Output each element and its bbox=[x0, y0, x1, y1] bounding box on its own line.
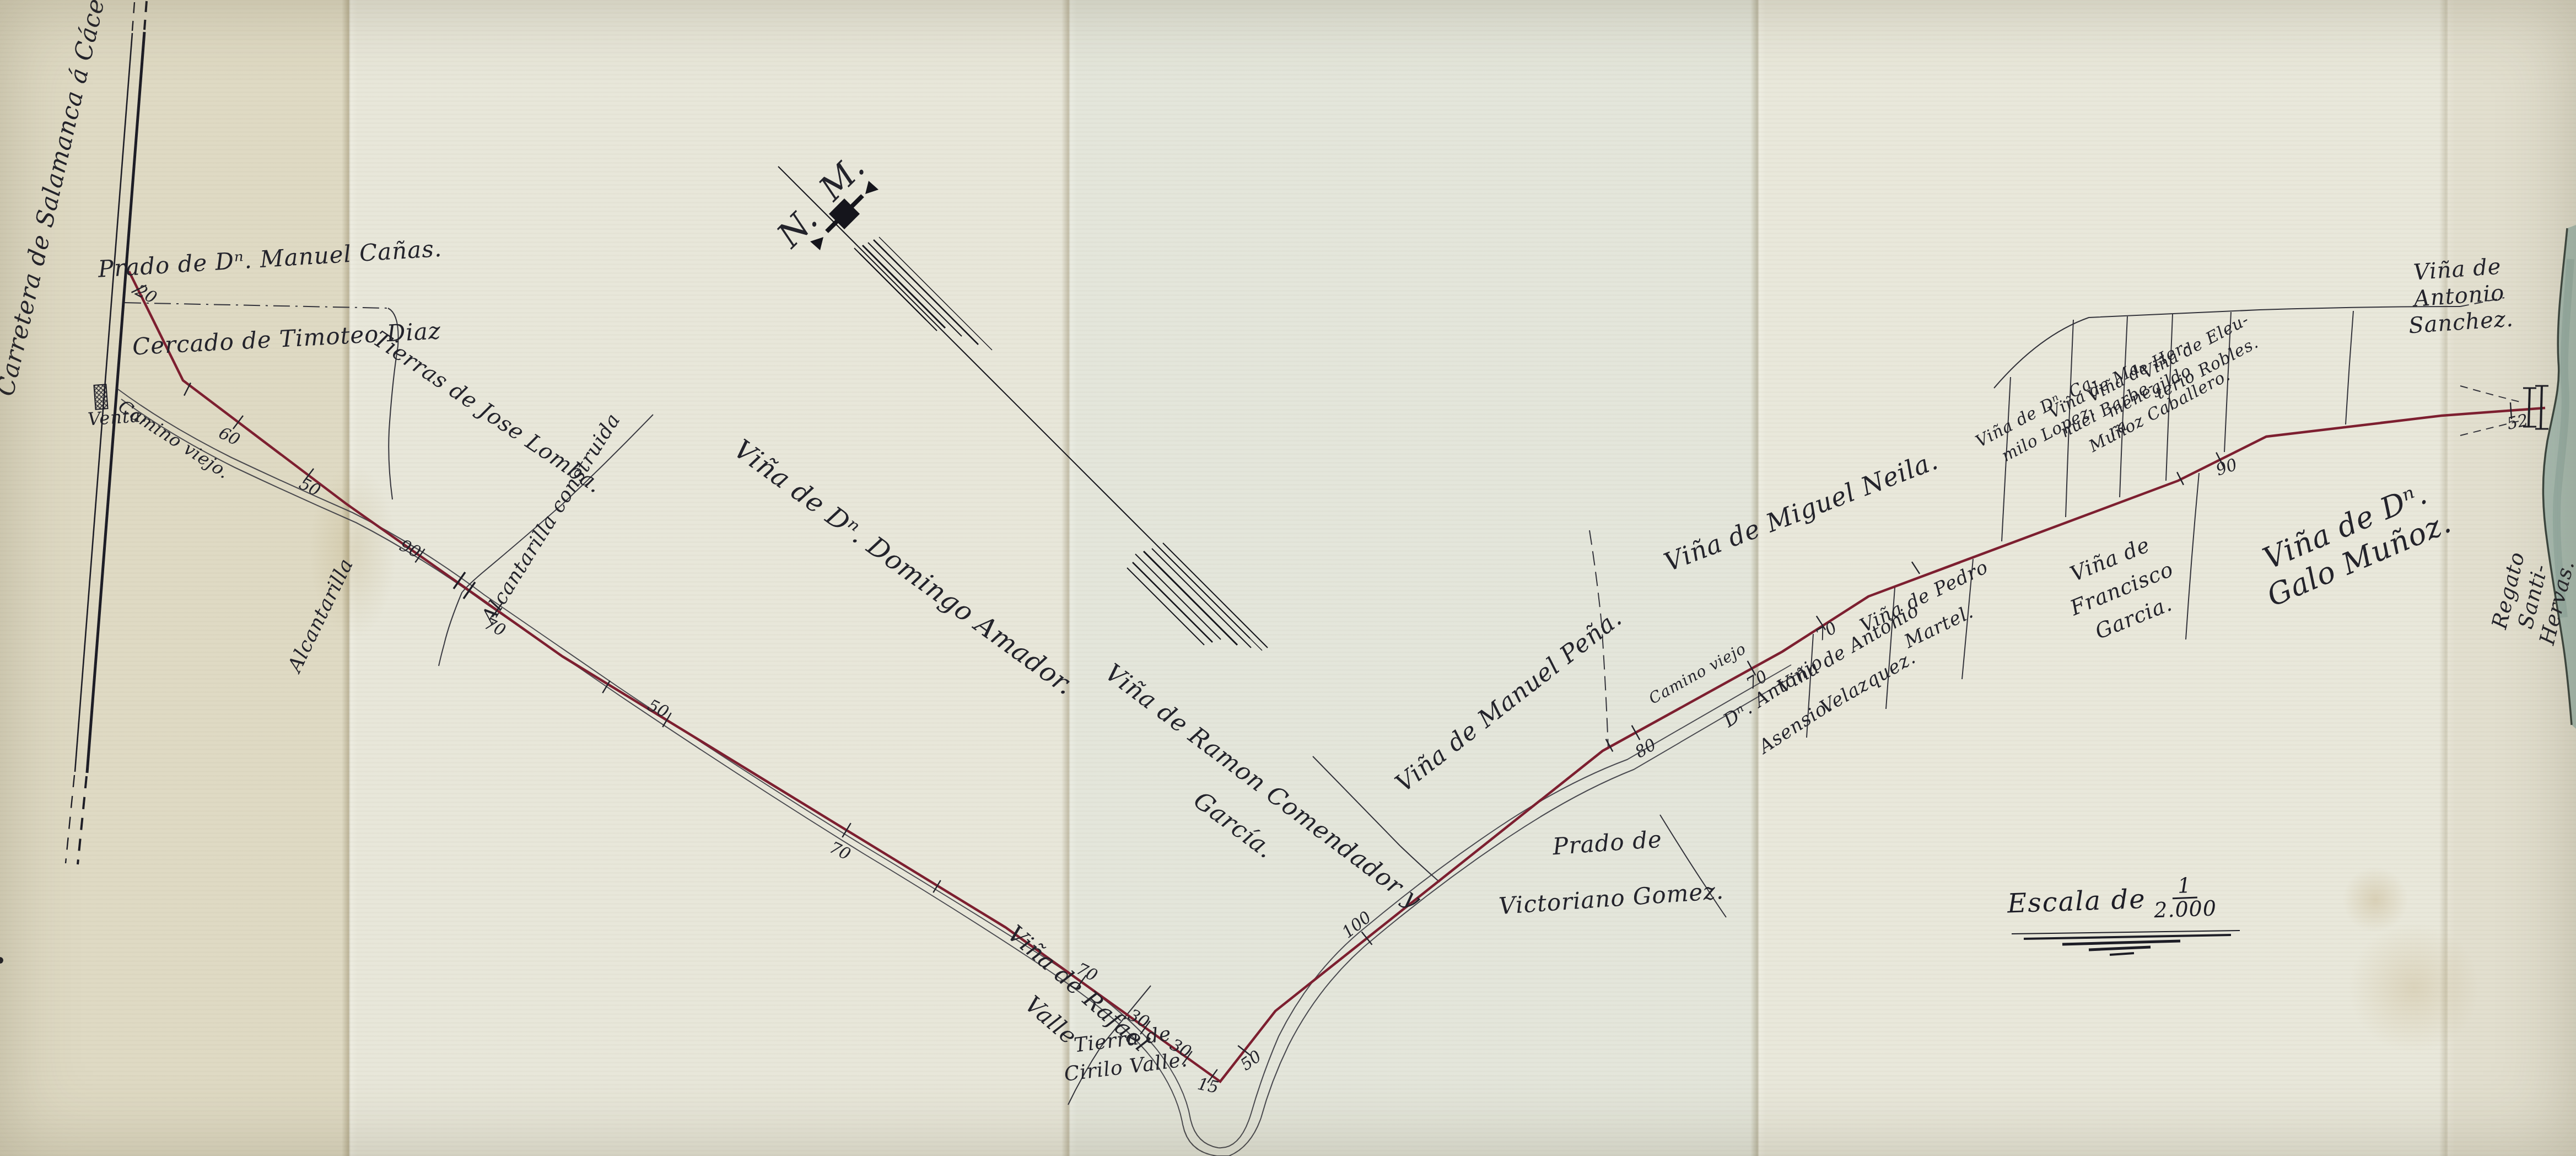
label-cercado-diaz: Cercado de Timoteo Diaz bbox=[132, 317, 441, 361]
label-alcantarilla: Alcantarilla bbox=[283, 555, 359, 676]
chainage-number: 100 bbox=[1339, 908, 1376, 943]
label-garcia: Viña de Francisco Garcia. bbox=[2054, 525, 2190, 653]
map-sheet: Carretera de Salamanca á Cáceres.Prado d… bbox=[0, 0, 2576, 1156]
chainage-number: 30 bbox=[1125, 1006, 1152, 1033]
label-carretera-title: Carretera de Salamanca á Cáceres. bbox=[0, 0, 122, 399]
chainage-number: 90 bbox=[2213, 455, 2239, 480]
chainage-number: 90 bbox=[396, 536, 424, 562]
chainage-number: 15 bbox=[1196, 1074, 1221, 1098]
label-martel: Viña de Pedro Martel. bbox=[1854, 551, 2009, 673]
label-sanchez: Viña de Antonio Sanchez. bbox=[2398, 252, 2520, 340]
label-tierras-lomba: Tierras de Jose Lomba. bbox=[368, 326, 607, 499]
chainage-number: 30 bbox=[1167, 1035, 1194, 1062]
label-camino-viejo-este: Camino viejo bbox=[1646, 639, 1749, 708]
scale-numerator: 1 bbox=[2171, 875, 2197, 899]
label-venta: Venta. bbox=[87, 405, 148, 430]
label-vina-pena: Viña de Manuel Peña. bbox=[1390, 604, 1627, 798]
chainage-number: 70 bbox=[826, 838, 854, 864]
label-galo: Viña de Dⁿ. Galo Muñoz. bbox=[2235, 466, 2469, 620]
label-rafael-valle: Viña de Rafael Valle bbox=[970, 915, 1160, 1095]
label-regato: Regato Santi-Hervas. bbox=[2486, 546, 2576, 648]
label-vina-ramon: Viña de Ramon Comendador y García. bbox=[1064, 650, 1432, 961]
label-cirilo-valle: Tierra de Cirilo Valle. bbox=[1059, 1019, 1189, 1089]
label-camilo: Viña de Dⁿ. Ca- milo Lopez. bbox=[1971, 369, 2114, 476]
label-camino-viejo-oeste: Camino viejo. bbox=[115, 395, 234, 483]
scale-caption: Escala de 1 2.000 bbox=[2007, 874, 2217, 927]
chainage-number: 70 bbox=[481, 614, 509, 641]
chainage-number: 60 bbox=[215, 423, 243, 450]
label-prado-victoriano: Prado de Victoriano Gomez. bbox=[1493, 808, 1726, 934]
label-alcantarilla-construida: Alcantarilla construida bbox=[477, 409, 626, 627]
chainage-number: 50 bbox=[644, 696, 672, 722]
label-vina-domingo: Viña de Dⁿ. Domingo Amador. bbox=[727, 434, 1080, 702]
label-vina-neila: Viña de Miguel Neila. bbox=[1660, 445, 1942, 578]
label-prado-canas: Prado de Dⁿ. Manuel Cañas. bbox=[97, 235, 443, 283]
label-asensio: Dⁿ. Antonio Asensio. bbox=[1714, 643, 1855, 775]
chainage-number: 70 bbox=[1813, 618, 1841, 645]
label-eleuterio: Viña de Eleu- terio Robles. bbox=[2137, 308, 2266, 407]
labels-layer: Carretera de Salamanca á Cáceres.Prado d… bbox=[0, 0, 2576, 1156]
chainage-number: 80 bbox=[1632, 735, 1660, 762]
label-barbera: Viña de Ma- nuel Barbe- ra bbox=[2045, 354, 2170, 464]
scale-prefix: Escala de bbox=[2007, 884, 2146, 920]
label-hermenegildo: Viña de Her- menegildo Muñoz Caballero. bbox=[2065, 325, 2235, 458]
chainage-number: 50 bbox=[296, 474, 324, 501]
chainage-number: 50 bbox=[1237, 1047, 1265, 1075]
scale-denominator: 2.000 bbox=[2154, 897, 2217, 922]
label-velazquez: Viña de Antonio Velazquez. bbox=[1770, 592, 1947, 740]
label-nm-m: M. bbox=[813, 149, 871, 206]
scale-fraction: 1 2.000 bbox=[2153, 874, 2217, 922]
chainage-number: 20 bbox=[132, 281, 160, 308]
label-nm-n: N. bbox=[772, 201, 824, 254]
chainage-number: 52 bbox=[2505, 411, 2530, 434]
chainage-number: 70 bbox=[1743, 666, 1771, 693]
chainage-number: 70 bbox=[1073, 959, 1101, 986]
